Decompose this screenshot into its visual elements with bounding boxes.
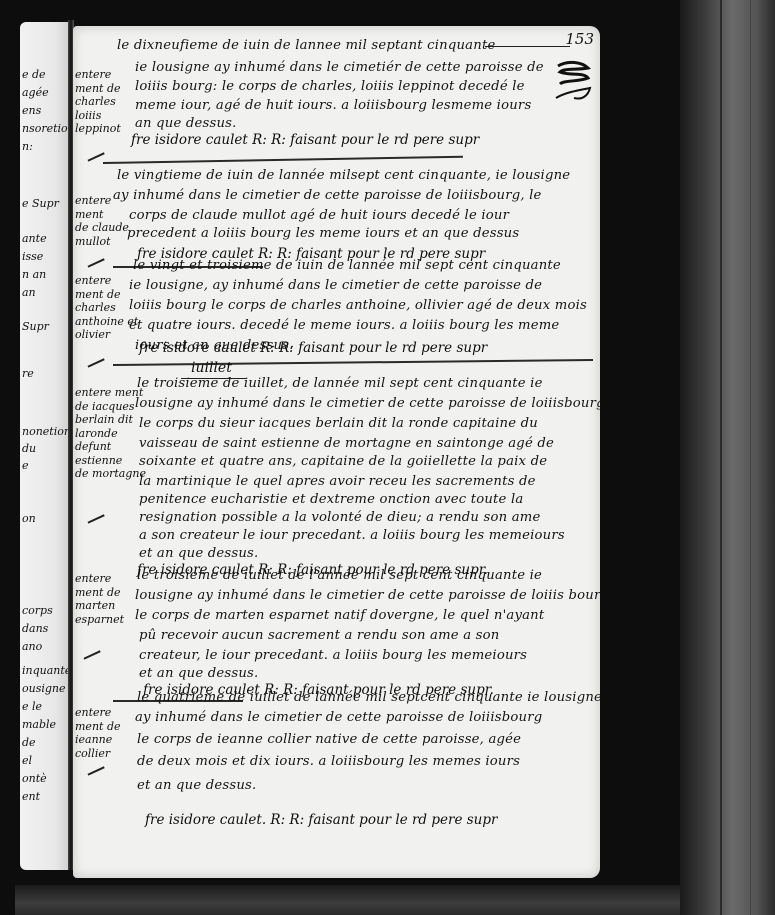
left-fragment-text: n an (22, 268, 46, 281)
entry-line: penitence eucharistie et dextreme onctio… (139, 492, 523, 507)
left-fragment-text: ontè (22, 772, 47, 785)
margin-note-entry-4: entere ment de iacques berlain dit laron… (75, 386, 141, 481)
entry-line: le corps de ieanne collier native de cet… (137, 732, 521, 747)
entry-line: createur, le iour precedant. a loiiis bo… (139, 648, 527, 663)
left-fragment-text: mable (22, 718, 56, 731)
film-edge-bottom (15, 885, 680, 915)
entry-line: loiiis bourg le corps de charles anthoin… (129, 298, 587, 313)
entry-tick-mark (88, 514, 105, 523)
entry-line: le troisieme de iuillet, de lannée mil s… (137, 376, 543, 391)
film-edge-right (680, 0, 775, 915)
entry-line: soixante et quatre ans, capitaine de la … (139, 454, 547, 469)
entry-tick-mark (88, 152, 105, 161)
left-fragment-text: ousigne (22, 682, 66, 695)
left-fragment-text: nonetion (22, 425, 70, 438)
left-fragment-text: n: (22, 140, 33, 153)
left-fragment-text: de (22, 736, 36, 749)
entry-line: ay inhumé dans le cimetier de cette paro… (135, 710, 542, 725)
entry-line: loiiis bourg: le corps de charles, loiii… (135, 79, 525, 94)
left-fragment-text: dans (22, 622, 48, 635)
left-fragment-text: e (22, 459, 29, 472)
entry-line: le corps de marten esparnet natif doverg… (135, 608, 544, 623)
left-fragment-text: ens (22, 104, 41, 117)
left-fragment-text: corps (22, 604, 53, 617)
left-fragment-text: nsoretion (22, 122, 70, 135)
priest-signature: fre isidore caulet R: R: faisant pour le… (139, 340, 487, 356)
entry-tick-mark (84, 650, 101, 659)
entry-line: le vingtieme de iuin de lannée milsept c… (117, 168, 570, 183)
left-fragment-text: isse (22, 250, 43, 263)
entry-line: ie lousigne ay inhumé dans le cimetiér d… (135, 60, 544, 75)
page-number-rule (485, 46, 570, 47)
left-fragment-text: e le (22, 700, 42, 713)
left-fragment-text: agée (22, 86, 49, 99)
left-fragment-text: el (22, 754, 32, 767)
left-fragment-text: e Supr (22, 197, 59, 210)
left-fragment-text: Supr (22, 320, 49, 333)
priest-signature: fre isidore caulet R: R: faisant pour le… (131, 132, 479, 148)
entry-line: le quatrieme de iuillet de lannée mil se… (137, 690, 600, 705)
entry-tick-mark (88, 358, 105, 367)
left-fragment-text: du (22, 442, 36, 455)
entry-line: et an que dessus. (139, 666, 258, 681)
entry-line: ie lousigne, ay inhumé dans le cimetier … (129, 278, 542, 293)
priest-signature: fre isidore caulet. R: R: faisant pour l… (145, 812, 497, 828)
margin-note-entry-1: entere ment de charles loiiis leppinot (75, 68, 141, 136)
entry-line: et an que dessus. (139, 546, 258, 561)
margin-note-entry-5: entere ment de marten esparnet (75, 572, 141, 626)
margin-note-entry-6: entere ment de ieanne collier (75, 706, 141, 760)
entry-line: pû recevoir aucun sacrement a rendu son … (139, 628, 499, 643)
entry-line: le vingt et troisieme de iuin de lannée … (133, 258, 561, 273)
entry-line: ay inhumé dans le cimetier de cette paro… (113, 188, 542, 203)
entry-line: an que dessus. (135, 116, 237, 131)
ink-scribble-icon (554, 58, 592, 106)
entry-tick-mark (88, 258, 105, 267)
left-fragment-text: ante (22, 232, 47, 245)
entry-divider (113, 359, 593, 366)
entry-line: le corps du sieur iacques berlain dit la… (139, 416, 538, 431)
entry-tick-mark (88, 766, 105, 775)
left-fragment-text: re (22, 367, 34, 380)
entry-line: meme iour, agé de huit iours. a loiiisbo… (135, 98, 531, 113)
left-fragment-text: on (22, 512, 36, 525)
entry-line: vaisseau de saint estienne de mortagne e… (139, 436, 554, 451)
entry-line: le dixneufieme de iuin de lannee mil sep… (117, 38, 495, 53)
left-fragment-text: e de (22, 68, 46, 81)
entry-divider (103, 156, 463, 164)
entry-line: corps de claude mullot agé de huit iours… (129, 208, 509, 223)
left-page-fragment: e de agée ens nsoretion n: e Supr ante i… (20, 22, 70, 870)
entry-line: le troisieme de iuillet de l'année mil s… (137, 568, 542, 583)
left-fragment-text: ano (22, 640, 42, 653)
register-page: 153 entere ment de charles loiiis leppin… (73, 26, 600, 878)
month-heading: iuillet (191, 360, 232, 376)
entry-line: de deux mois et dix iours. a loiiisbourg… (137, 754, 520, 769)
left-fragment-text: an (22, 286, 36, 299)
entry-line: resignation possible a la volonté de die… (139, 510, 540, 525)
left-fragment-text: inquante (22, 664, 70, 677)
entry-line: lousigne ay inhumé dans le cimetier de c… (135, 588, 600, 603)
entry-line: et an que dessus. (137, 778, 256, 793)
left-fragment-text: ent (22, 790, 40, 803)
entry-line: et quatre iours. decedé le meme iours. a… (129, 318, 559, 333)
entry-line: precedent a loiiis bourg les meme iours … (127, 226, 519, 241)
entry-line: lousigne ay inhumé dans le cimetier de c… (135, 396, 600, 411)
entry-line: la martinique le quel apres avoir receu … (139, 474, 536, 489)
entry-line: a son createur le iour precedant. a loii… (139, 528, 565, 543)
